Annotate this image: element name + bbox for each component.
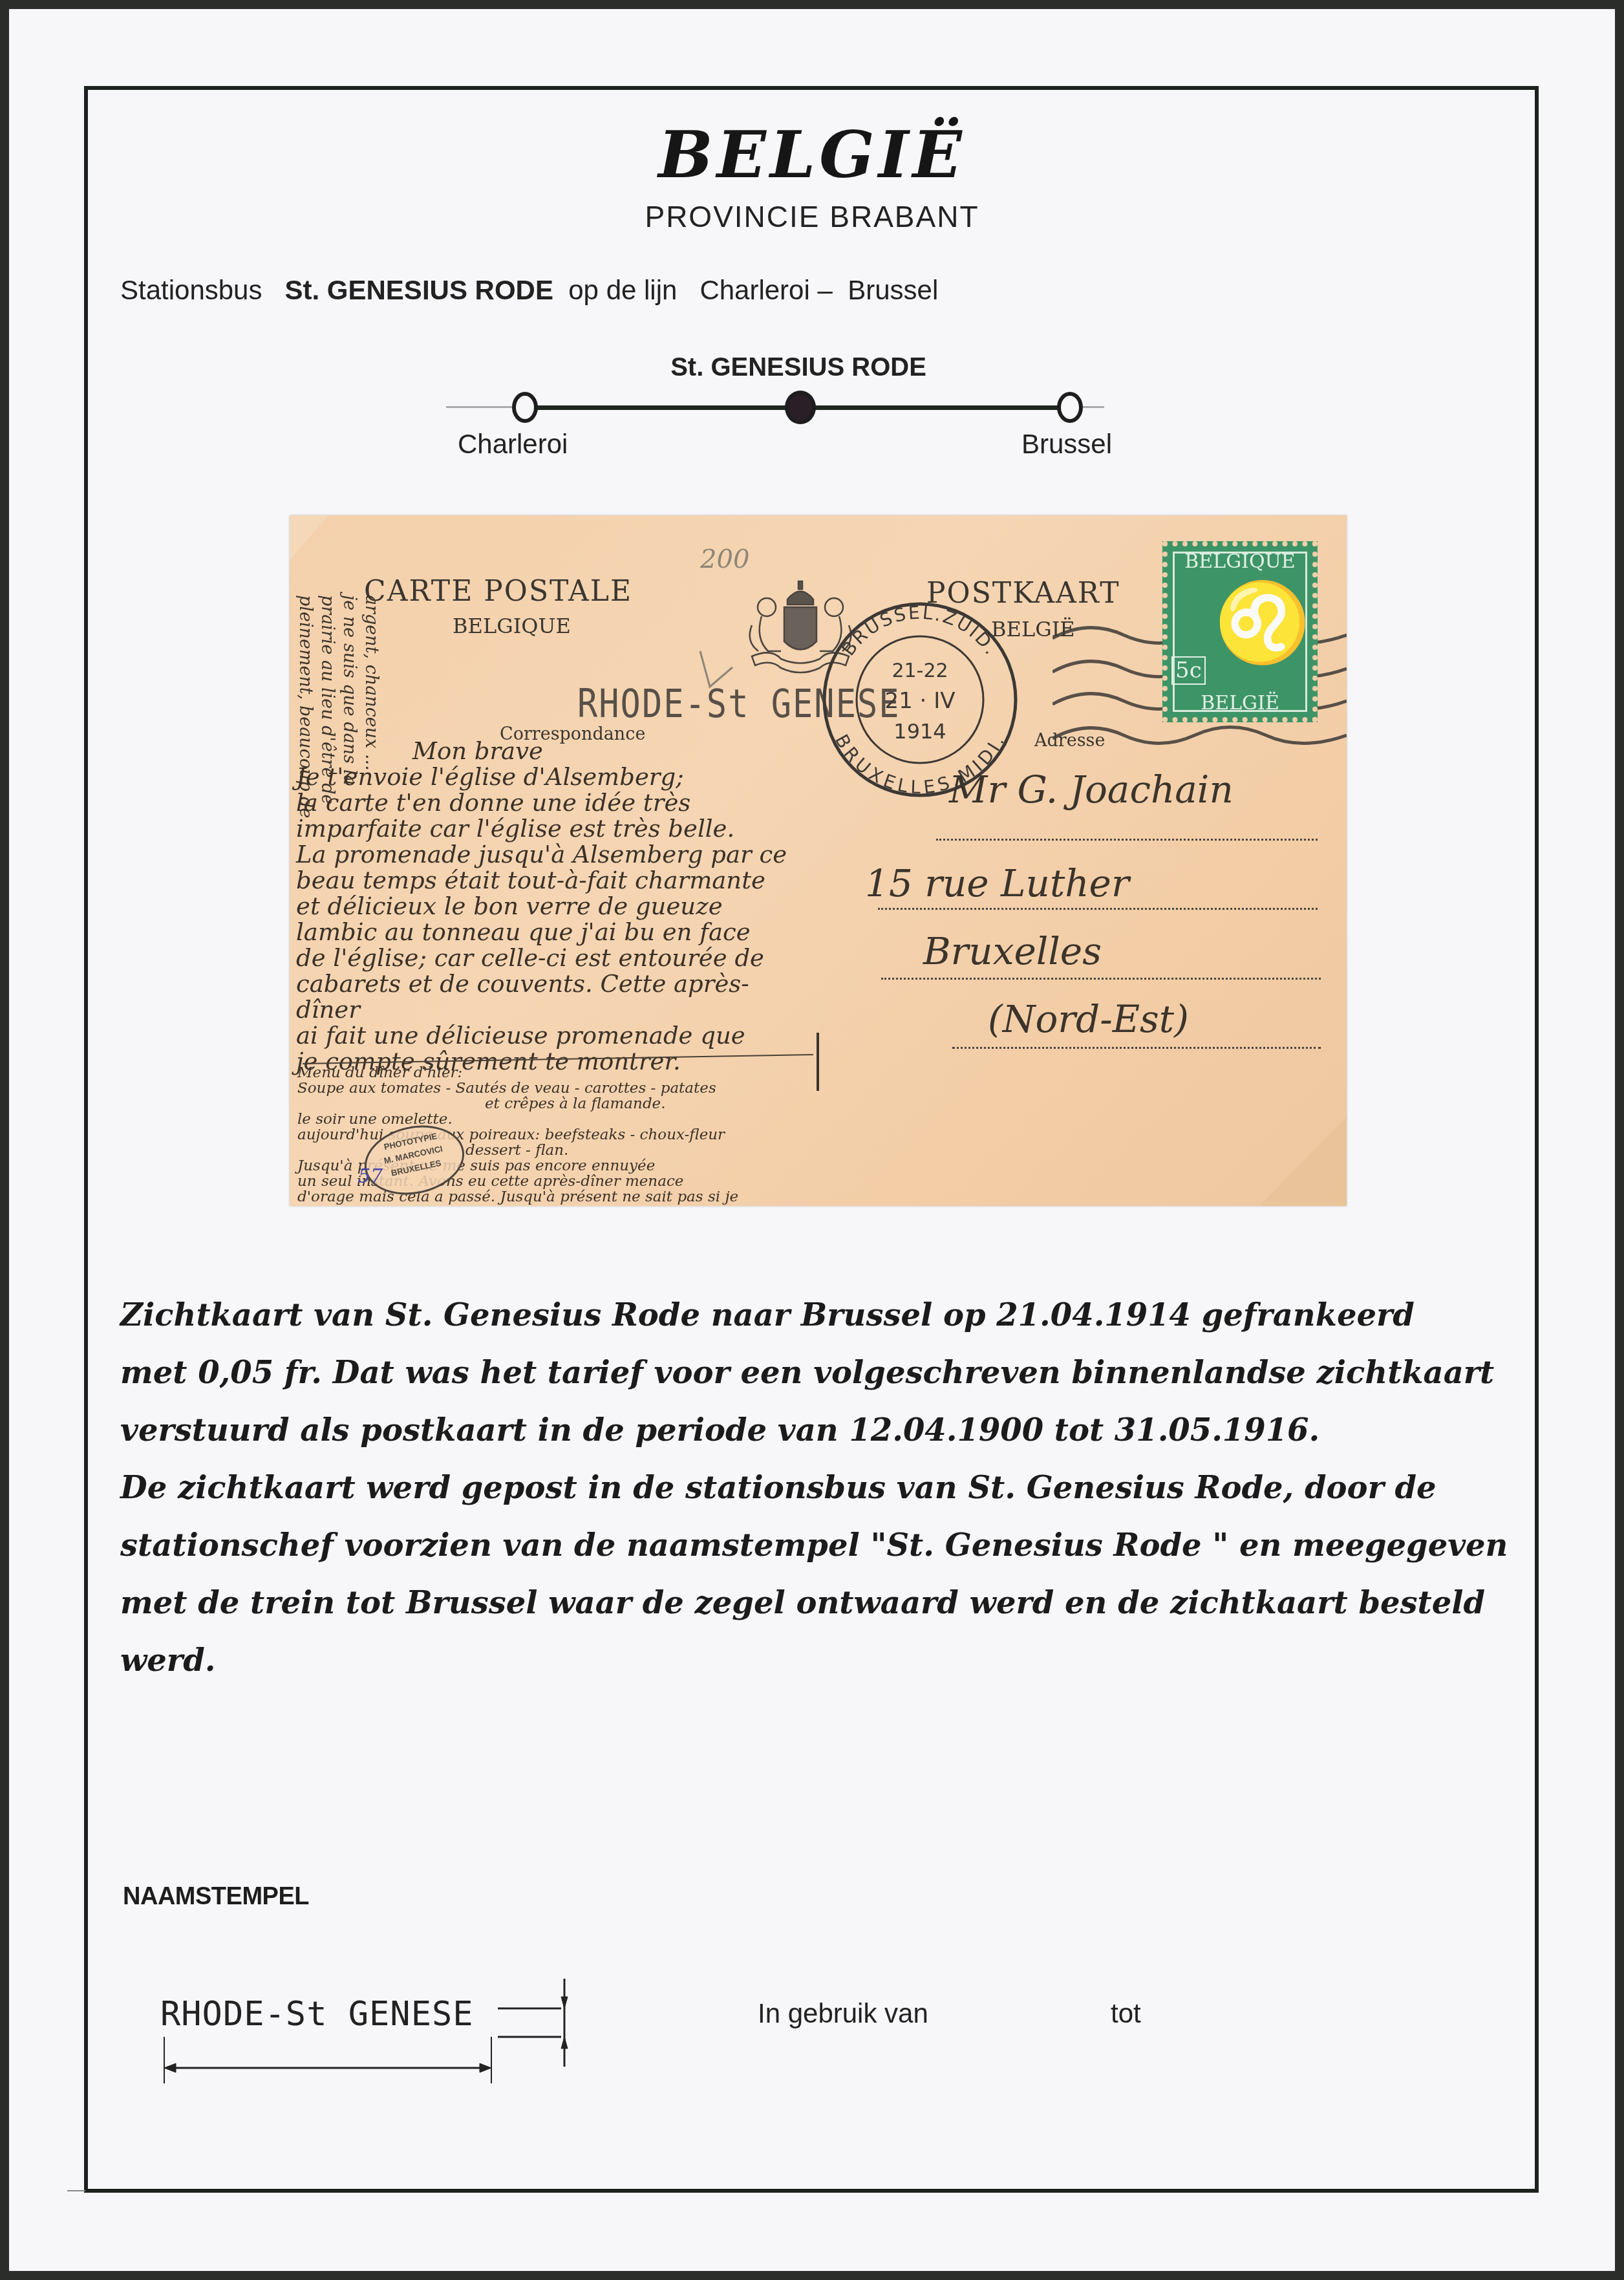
address-dotted-line <box>878 908 1318 910</box>
pencil-check-mark <box>697 648 736 693</box>
in-use-to-label: tot <box>1111 1998 1141 2029</box>
postage-stamp: BELGIQUE ♌ 5c BELGIË <box>1162 541 1318 722</box>
address-dotted-line <box>881 978 1321 980</box>
route-diagram: St. GENESIUS RODE Charleroi Brussel <box>0 0 1624 491</box>
message-line: cabarets et de couvents. Cette après-dîn… <box>296 971 807 1023</box>
message-line: beau temps était tout-à-fait charmante <box>296 868 807 894</box>
handwritten-message: Mon brave Je t'envoie l'église d'Alsembe… <box>296 738 807 1075</box>
postmark-top-text: BRUSSEL.ZUID. <box>837 602 1003 660</box>
description-line: met 0,05 fr. Dat was het tarief voor een… <box>120 1344 1510 1402</box>
menu-line: le soir une omelette. <box>297 1112 866 1127</box>
address-dotted-line <box>936 839 1318 841</box>
in-use-from-label: In gebruik van <box>758 1998 928 2029</box>
description-line: Zichtkaart van St. Genesius Rode naar Br… <box>120 1287 1510 1344</box>
menu-line: et crêpes à la flamande. <box>297 1096 866 1112</box>
stamp-top-text: BELGIQUE <box>1168 550 1312 573</box>
postmark-year: 1914 <box>893 719 946 744</box>
country-fr: BELGIQUE <box>453 614 571 638</box>
address-dotted-line <box>952 1047 1321 1049</box>
description-line: De zichtkaart werd gepost in de stations… <box>120 1459 1510 1517</box>
route-left-label: Charleroi <box>458 429 568 460</box>
frame-tick-mark <box>67 2190 85 2191</box>
stamp-value: 5c <box>1171 656 1206 685</box>
stop-current-icon <box>785 391 816 424</box>
stop-brussel-icon <box>1057 392 1083 423</box>
message-line: La promenade jusqu'à Alsemberg par ce <box>296 842 807 868</box>
message-line: Mon brave <box>296 738 807 764</box>
svg-text:BRUSSEL.ZUID.: BRUSSEL.ZUID. <box>837 602 1003 660</box>
lion-icon: ♌ <box>1214 584 1310 661</box>
header-fr: CARTE POSTALE <box>364 575 632 608</box>
stamp-dimension-lines <box>155 1972 582 2089</box>
address-line: (Nord-Est) <box>988 997 1189 1041</box>
postmark-time: 21-22 <box>892 660 948 682</box>
message-line: la carte t'en donne une idée très <box>296 790 807 816</box>
message-line: lambic au tonneau que j'ai bu en face <box>296 920 807 945</box>
address-line: 15 rue Luther <box>865 861 1129 905</box>
stop-charleroi-icon <box>512 392 538 423</box>
message-line: et délicieux le bon verre de gueuze <box>296 894 807 920</box>
postcard-image: 200 CARTE POSTALE BELGIQUE POSTKAART BEL… <box>290 515 1347 1206</box>
naamstempel-heading: NAAMSTEMPEL <box>123 1883 309 1911</box>
description-line: met de trein tot Brussel waar de zegel o… <box>120 1575 1510 1632</box>
description-text: Zichtkaart van St. Genesius Rode naar Br… <box>120 1287 1510 1690</box>
message-line: de l'église; car celle-ci est entourée d… <box>296 945 807 971</box>
blue-pencil-note: 57 <box>358 1165 383 1188</box>
description-line: werd. <box>120 1632 1510 1690</box>
route-right-label: Brussel <box>1021 429 1112 460</box>
menu-line: Soupe aux tomates - Sautés de veau - car… <box>297 1081 866 1096</box>
address-line: Mr G. Joachain <box>949 768 1234 812</box>
message-line: Je t'envoie l'église d'Alsemberg; <box>296 764 807 790</box>
message-line: ai fait une délicieuse promenade que <box>296 1023 807 1049</box>
pencil-note: 200 <box>700 544 749 574</box>
stamp-bottom-text: BELGIË <box>1168 692 1312 715</box>
route-station-label: St. GENESIUS RODE <box>0 353 1597 382</box>
description-line: stationschef voorzien van de naamstempel… <box>120 1517 1510 1575</box>
message-line: imparfaite car l'église est très belle. <box>296 816 807 842</box>
description-line: verstuurd als postkaart in de periode va… <box>120 1402 1510 1459</box>
menu-line: Menu du dîner d'hier: <box>297 1065 866 1081</box>
postmark-date: 21 · IV <box>885 688 956 714</box>
menu-line: d'orage mais cela a passé. Jusqu'à prése… <box>297 1189 866 1205</box>
address-line: Bruxelles <box>923 929 1102 973</box>
